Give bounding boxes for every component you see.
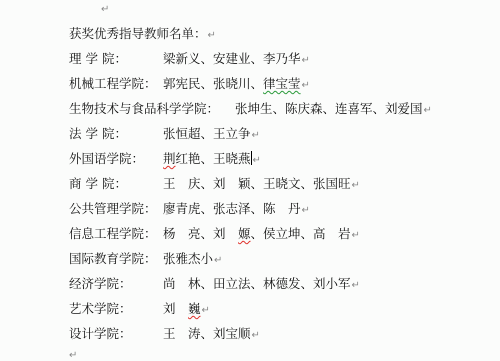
- entry-row: 国际教育学院：张雅杰小↵: [69, 250, 222, 268]
- spell-flagged-name[interactable]: 嫄: [238, 226, 251, 241]
- entry-row: 经济学院：尚 林、田立法、林德发、刘小军↵: [69, 275, 360, 293]
- teacher-names: 王 涛、刘宝顺: [163, 325, 251, 343]
- college-name: 机械工程学院：: [69, 75, 163, 93]
- entry-row: 设计学院：王 涛、刘宝顺↵: [69, 325, 260, 343]
- spell-flagged-name[interactable]: 巍: [188, 301, 201, 316]
- entry-row: 信息工程学院：杨 亮、刘 嫄、侯立坤、高 岩↵: [69, 225, 360, 243]
- teacher-names: 尚 林、田立法、林德发、刘小军: [163, 275, 351, 293]
- paragraph-mark: ↵: [302, 80, 310, 91]
- paragraph-mark: ↵: [253, 155, 261, 166]
- entry-row: 外国语学院：荆红艳、王晓燕↵: [69, 150, 261, 168]
- college-name: 公共管理学院：: [69, 200, 163, 218]
- paragraph-mark: ↵: [252, 130, 260, 141]
- college-name: 国际教育学院：: [69, 250, 163, 268]
- teacher-names: 张雅杰小: [163, 250, 213, 268]
- paragraph-mark: ↵: [202, 305, 210, 316]
- document-title: 获奖优秀指导教师名单：↵: [69, 25, 216, 43]
- teacher-names: 、侯立坤、高 岩: [251, 225, 351, 243]
- paragraph-mark: ↵: [424, 105, 432, 116]
- college-name: 经济学院：: [69, 275, 163, 293]
- spell-flagged-name[interactable]: 荆: [163, 151, 176, 166]
- paragraph-mark: ↵: [352, 280, 360, 291]
- text-cursor: [251, 151, 252, 165]
- college-name: 信息工程学院：: [69, 225, 163, 243]
- entry-row: 法 学 院：张恒超、王立争↵: [69, 125, 260, 143]
- paragraph-mark: ↵: [352, 230, 360, 241]
- college-name: 理 学 院：: [69, 50, 163, 68]
- teacher-names: 张坤生、陈庆森、连喜军、刘爱国: [235, 100, 423, 118]
- college-name: 外国语学院：: [69, 150, 163, 168]
- teacher-names: 廖青虎、张志泽、陈 丹: [163, 200, 301, 218]
- document-page[interactable]: ↵ 获奖优秀指导教师名单：↵ 理 学 院：梁新义、安建业、李乃华↵ 机械工程学院…: [0, 0, 500, 361]
- teacher-names: 王 庆、刘 颖、王晓文、张国旺: [163, 175, 351, 193]
- empty-paragraph-mark: ↵: [69, 350, 77, 361]
- entry-row: 理 学 院：梁新义、安建业、李乃华↵: [69, 50, 310, 68]
- college-name: 商 学 院：: [69, 175, 163, 193]
- entry-row: 艺术学院：刘 巍↵: [69, 300, 210, 318]
- teacher-names: 杨 亮、刘: [163, 225, 238, 243]
- entry-row: 公共管理学院：廖青虎、张志泽、陈 丹↵: [69, 200, 310, 218]
- paragraph-mark: ↵: [214, 255, 222, 266]
- paragraph-mark: ↵: [302, 55, 310, 66]
- teacher-names: 红艳、王晓燕: [176, 150, 251, 168]
- entry-row: 生物技术与食品科学学院：张坤生、陈庆森、连喜军、刘爱国↵: [69, 100, 432, 118]
- entry-row: 机械工程学院：郭宪民、张晓川、律宝莹↵: [69, 75, 310, 93]
- college-name: 艺术学院：: [69, 300, 163, 318]
- teacher-names: 郭宪民、张晓川、: [163, 75, 263, 93]
- college-name: 生物技术与食品科学学院：: [69, 100, 219, 118]
- teacher-names: 梁新义、安建业、李乃华: [163, 50, 301, 68]
- paragraph-mark: ↵: [208, 30, 216, 41]
- entry-row: 商 学 院：王 庆、刘 颖、王晓文、张国旺↵: [69, 175, 360, 193]
- paragraph-mark: ↵: [352, 180, 360, 191]
- paragraph-mark: ↵: [302, 205, 310, 216]
- grammar-flagged-name[interactable]: 律宝莹: [263, 76, 301, 91]
- college-name: 法 学 院：: [69, 125, 163, 143]
- empty-paragraph-mark: ↵: [101, 4, 109, 15]
- teacher-names: 张恒超、王立争: [163, 125, 251, 143]
- college-name: 设计学院：: [69, 325, 163, 343]
- paragraph-mark: ↵: [252, 330, 260, 341]
- teacher-names: 刘: [163, 300, 188, 318]
- title-text: 获奖优秀指导教师名单：: [69, 26, 207, 41]
